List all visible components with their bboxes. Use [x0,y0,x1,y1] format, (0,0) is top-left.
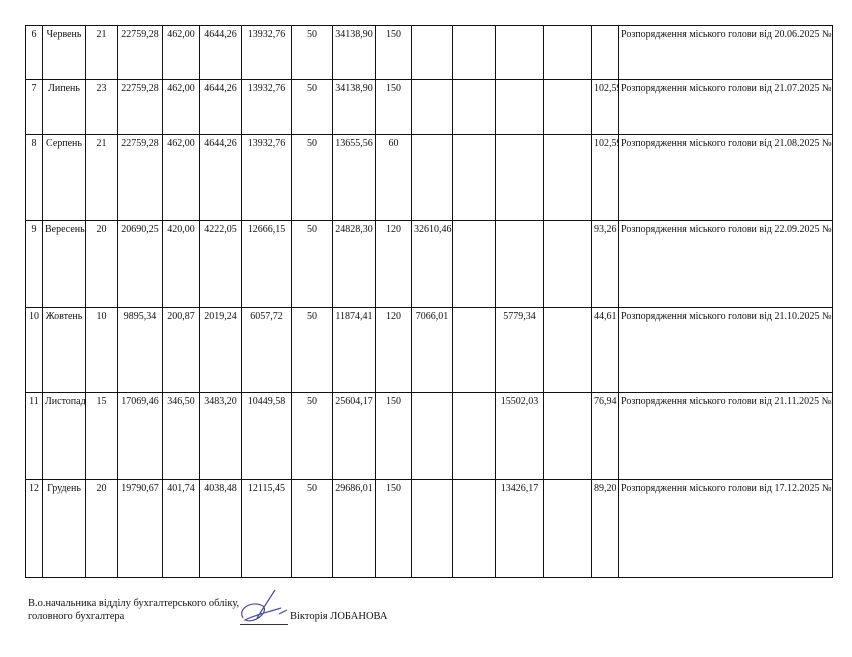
cell-c8: 50 [292,135,333,221]
cell-c15: 89,20 [592,480,619,578]
cell-c11 [412,80,453,135]
cell-days: 20 [86,221,118,308]
cell-c5: 420,00 [163,221,200,308]
cell-c10: 150 [376,26,412,80]
signature-icon [235,588,295,628]
cell-basis: Розпорядження міського голови від 22.09.… [619,221,833,308]
cell-c8: 50 [292,26,333,80]
cell-c14 [544,135,592,221]
cell-c7: 10449,58 [242,393,292,480]
cell-c7: 6057,72 [242,308,292,393]
cell-c13 [496,135,544,221]
cell-c6: 4222,05 [200,221,242,308]
cell-c5: 401,74 [163,480,200,578]
cell-c12 [453,26,496,80]
cell-no: 6 [26,26,43,80]
cell-c15: 102,59 [592,135,619,221]
cell-month: Червень [43,26,86,80]
cell-c8: 50 [292,308,333,393]
cell-c12 [453,221,496,308]
cell-c11 [412,135,453,221]
cell-month: Жовтень [43,308,86,393]
cell-month: Листопад [43,393,86,480]
cell-salary: 9895,34 [118,308,163,393]
cell-c5: 346,50 [163,393,200,480]
cell-basis: Розпорядження міського голови від 17.12.… [619,480,833,578]
cell-c10: 120 [376,221,412,308]
cell-c14 [544,480,592,578]
table-row: 9Вересень2020690,25420,004222,0512666,15… [26,221,833,308]
cell-c15: 44,61 [592,308,619,393]
cell-days: 15 [86,393,118,480]
cell-salary: 19790,67 [118,480,163,578]
cell-c12 [453,480,496,578]
cell-c14 [544,221,592,308]
cell-c15: 76,94 [592,393,619,480]
cell-c9: 25604,17 [333,393,376,480]
cell-c12 [453,135,496,221]
cell-c7: 12115,45 [242,480,292,578]
cell-c9: 24828,30 [333,221,376,308]
cell-c9: 13655,56 [333,135,376,221]
table-row: 12Грудень2019790,67401,744038,4812115,45… [26,480,833,578]
cell-c5: 462,00 [163,26,200,80]
cell-c9: 29686,01 [333,480,376,578]
cell-salary: 20690,25 [118,221,163,308]
cell-c13 [496,221,544,308]
cell-c11 [412,26,453,80]
cell-c7: 13932,76 [242,135,292,221]
cell-c13: 5779,34 [496,308,544,393]
cell-c12 [453,393,496,480]
cell-c10: 120 [376,308,412,393]
table-row: 11Листопад1517069,46346,503483,2010449,5… [26,393,833,480]
cell-salary: 22759,28 [118,26,163,80]
cell-basis: Розпорядження міського голови від 20.06.… [619,26,833,80]
cell-c15: 102,59 [592,80,619,135]
cell-c11: 32610,46 [412,221,453,308]
cell-basis: Розпорядження міського голови від 21.10.… [619,308,833,393]
cell-c11: 7066,01 [412,308,453,393]
cell-salary: 22759,28 [118,135,163,221]
cell-c10: 150 [376,80,412,135]
table-row: 8Серпень2122759,28462,004644,2613932,765… [26,135,833,221]
cell-c11 [412,393,453,480]
cell-c7: 12666,15 [242,221,292,308]
cell-c9: 34138,90 [333,80,376,135]
cell-salary: 22759,28 [118,80,163,135]
cell-c6: 4644,26 [200,135,242,221]
signer-position: В.о.начальника відділу бухгалтерського о… [28,597,239,623]
cell-no: 7 [26,80,43,135]
signature-line [240,624,288,625]
cell-days: 20 [86,480,118,578]
cell-c10: 150 [376,480,412,578]
cell-month: Вересень [43,221,86,308]
cell-basis: Розпорядження міського голови від 21.08.… [619,135,833,221]
cell-c13: 15502,03 [496,393,544,480]
cell-c14 [544,26,592,80]
cell-c5: 462,00 [163,80,200,135]
salary-table: 6Червень2122759,28462,004644,2613932,765… [25,25,833,578]
cell-c13 [496,26,544,80]
cell-c6: 4644,26 [200,26,242,80]
cell-no: 10 [26,308,43,393]
cell-days: 23 [86,80,118,135]
cell-no: 12 [26,480,43,578]
signer-position-line1: В.о.начальника відділу бухгалтерського о… [28,597,239,610]
cell-c6: 2019,24 [200,308,242,393]
table-row: 10Жовтень109895,34200,872019,246057,7250… [26,308,833,393]
cell-c9: 34138,90 [333,26,376,80]
cell-c6: 4644,26 [200,80,242,135]
cell-c7: 13932,76 [242,80,292,135]
table-row: 6Червень2122759,28462,004644,2613932,765… [26,26,833,80]
cell-c6: 3483,20 [200,393,242,480]
cell-c6: 4038,48 [200,480,242,578]
cell-no: 9 [26,221,43,308]
cell-month: Серпень [43,135,86,221]
cell-salary: 17069,46 [118,393,163,480]
cell-c8: 50 [292,393,333,480]
cell-c12 [453,80,496,135]
cell-c10: 150 [376,393,412,480]
signer-position-line2: головного бухгалтера [28,610,239,623]
signer-name: Вікторія ЛОБАНОВА [290,611,387,622]
cell-c14 [544,308,592,393]
cell-basis: Розпорядження міського голови від 21.07.… [619,80,833,135]
cell-days: 10 [86,308,118,393]
cell-c12 [453,308,496,393]
cell-c14 [544,80,592,135]
cell-c11 [412,480,453,578]
cell-no: 8 [26,135,43,221]
cell-c5: 200,87 [163,308,200,393]
cell-c14 [544,393,592,480]
cell-c13 [496,80,544,135]
cell-c10: 60 [376,135,412,221]
cell-c8: 50 [292,221,333,308]
cell-c8: 50 [292,480,333,578]
cell-c15: 93,26 [592,221,619,308]
cell-c13: 13426,17 [496,480,544,578]
cell-days: 21 [86,135,118,221]
cell-c7: 13932,76 [242,26,292,80]
cell-days: 21 [86,26,118,80]
cell-c8: 50 [292,80,333,135]
cell-c9: 11874,41 [333,308,376,393]
cell-month: Липень [43,80,86,135]
cell-basis: Розпорядження міського голови від 21.11.… [619,393,833,480]
cell-c15 [592,26,619,80]
cell-c5: 462,00 [163,135,200,221]
table-row: 7Липень2322759,28462,004644,2613932,7650… [26,80,833,135]
cell-no: 11 [26,393,43,480]
cell-month: Грудень [43,480,86,578]
